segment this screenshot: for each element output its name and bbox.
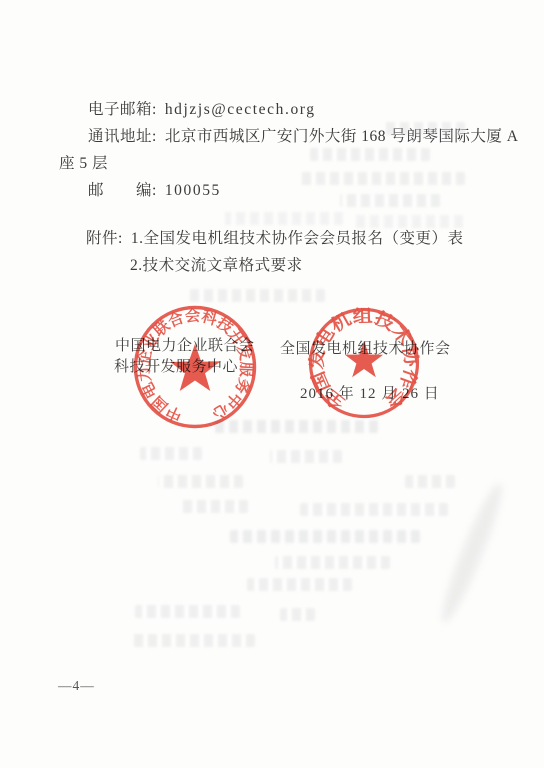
bleedthrough-artifact: [133, 634, 255, 647]
bleedthrough-artifact: [158, 475, 243, 488]
bleedthrough-artifact: [247, 578, 352, 591]
postal-label: 邮 编:: [88, 182, 157, 199]
scanned-document-page: 电子邮箱:hdjzjs@cectech.org 通讯地址:北京市西城区广安门外大…: [0, 0, 544, 768]
email-value: hdjzjs@cectech.org: [165, 101, 316, 118]
bleedthrough-artifact: [225, 212, 343, 225]
address-value-line1: 北京市西城区广安门外大街 168 号朗琴国际大厦 A: [165, 128, 519, 145]
bleedthrough-artifact: [300, 172, 465, 185]
bleedthrough-artifact: [405, 475, 455, 488]
bleedthrough-artifact: [385, 122, 465, 135]
address-label: 通讯地址:: [88, 128, 157, 145]
bleedthrough-artifact: [275, 556, 390, 569]
bleedthrough-artifact: [135, 605, 240, 618]
bleedthrough-artifact: [270, 450, 342, 463]
scan-smudge-artifact: [435, 480, 510, 627]
right-org-stamp: 全国发电机组技术协作会: [307, 306, 421, 425]
email-label: 电子邮箱:: [88, 101, 157, 118]
bleedthrough-artifact: [190, 289, 325, 302]
bleedthrough-artifact: [340, 194, 440, 207]
stamp-seal-graphic: 中国电力企业联合会科技开发服务中心: [132, 304, 258, 430]
star-icon: [170, 344, 219, 391]
postal-value: 100055: [165, 182, 221, 199]
bleedthrough-artifact: [140, 447, 202, 460]
attachment-line-1: 附件:1.全国发电机组技术协作会会员报名（变更）表: [86, 228, 463, 250]
postal-line: 邮 编:100055: [88, 180, 221, 202]
bleedthrough-artifact: [280, 608, 315, 621]
email-line: 电子邮箱:hdjzjs@cectech.org: [88, 99, 316, 121]
stamp-seal-graphic: 全国发电机组技术协作会: [307, 306, 421, 420]
left-org-stamp: 中国电力企业联合会科技开发服务中心: [132, 304, 258, 435]
address-line-2: 座 5 层: [59, 153, 108, 175]
attachment-item-2: 2.技术交流文章格式要求: [130, 257, 303, 274]
attachment-item-1: 1.全国发电机组技术协作会会员报名（变更）表: [131, 230, 464, 247]
attachments-label: 附件:: [86, 230, 123, 247]
bleedthrough-artifact: [230, 530, 420, 543]
page-number: —4—: [58, 678, 95, 694]
bleedthrough-artifact: [300, 503, 448, 516]
star-icon: [345, 341, 383, 377]
bleedthrough-artifact: [310, 148, 430, 161]
address-value-line2: 座 5 层: [59, 155, 108, 172]
bleedthrough-artifact: [355, 215, 463, 228]
attachment-line-2: 2.技术交流文章格式要求: [130, 255, 303, 277]
bleedthrough-artifact: [178, 500, 248, 513]
